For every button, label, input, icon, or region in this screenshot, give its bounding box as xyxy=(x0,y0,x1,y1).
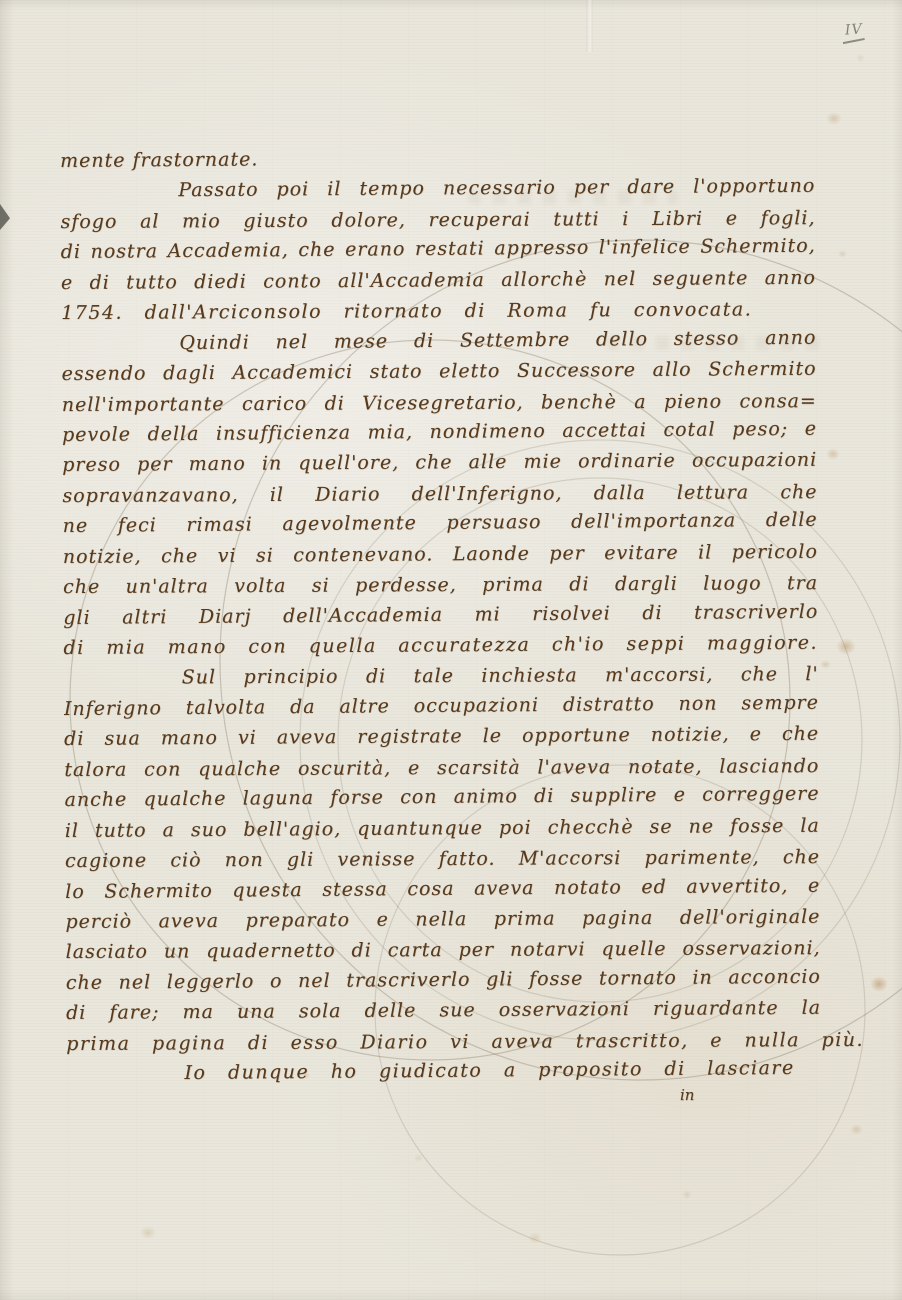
manuscript-line: di fare; ma una sola delle sue osservazi… xyxy=(66,993,821,1029)
manuscript-line: anche qualche laguna forse con animo di … xyxy=(64,779,819,816)
paper-crease xyxy=(586,0,593,52)
manuscript-line: perciò aveva preparato e nella prima pag… xyxy=(65,902,820,938)
fox-spot xyxy=(528,1232,542,1244)
fox-spot xyxy=(140,1226,156,1239)
fox-spot xyxy=(838,250,847,258)
fox-spot xyxy=(826,448,840,460)
manuscript-line: pevole della insufficienza mia, nondimen… xyxy=(62,414,817,451)
folio-number: IV xyxy=(844,21,863,38)
manuscript-line: di nostra Accademia, che erano restati a… xyxy=(61,231,816,268)
manuscript-line: il tutto a suo bell'agio, quantunque poi… xyxy=(65,810,820,846)
manuscript-line: Io dunque ho giudicato a proposito di la… xyxy=(66,1053,821,1090)
fox-spot xyxy=(850,1124,863,1135)
manuscript-line: ne feci rimasi agevolmente persuaso dell… xyxy=(63,505,818,542)
manuscript-line: gli altri Diarj dell'Accademia mi risolv… xyxy=(63,596,818,633)
manuscript-line: di mia mano con quella accuratezza ch'io… xyxy=(63,628,818,664)
fox-spot xyxy=(826,112,842,125)
manuscript-line: di sua mano vi aveva registrate le oppor… xyxy=(64,719,819,755)
manuscript-line: mente frastornate. xyxy=(60,140,815,177)
manuscript-line: lo Schermito questa stessa cosa aveva no… xyxy=(65,870,820,907)
edge-tear-mark xyxy=(0,204,10,230)
fox-spot xyxy=(836,638,856,655)
manuscript-line: essendo dagli Accademici stato eletto Su… xyxy=(61,354,816,390)
fox-spot xyxy=(682,1190,692,1199)
catchword: in xyxy=(680,1086,694,1104)
fox-spot xyxy=(820,660,831,669)
manuscript-line: che nel leggerlo o nel trascriverlo gli … xyxy=(66,961,821,998)
manuscript-text-block: mente frastornate. Passato poi il tempo … xyxy=(60,141,822,1090)
manuscript-line: preso per mano in quell'ore, che alle mi… xyxy=(62,445,817,481)
manuscript-line: Quindi nel mese di Settembre dello stess… xyxy=(61,322,816,359)
manuscript-line: Inferigno talvolta da altre occupazioni … xyxy=(64,688,819,725)
fox-spot xyxy=(414,1154,423,1162)
fox-spot xyxy=(870,976,888,992)
fox-spot xyxy=(856,54,865,62)
manuscript-line: Passato poi il tempo necessario per dare… xyxy=(60,171,815,207)
manuscript-line: notizie, che vi si contenevano. Laonde p… xyxy=(63,536,818,572)
manuscript-line: e di tutto diedi conto all'Accademia all… xyxy=(61,262,816,298)
manuscript-page: IV mente frastornate. Passato poi il tem… xyxy=(0,0,902,1300)
